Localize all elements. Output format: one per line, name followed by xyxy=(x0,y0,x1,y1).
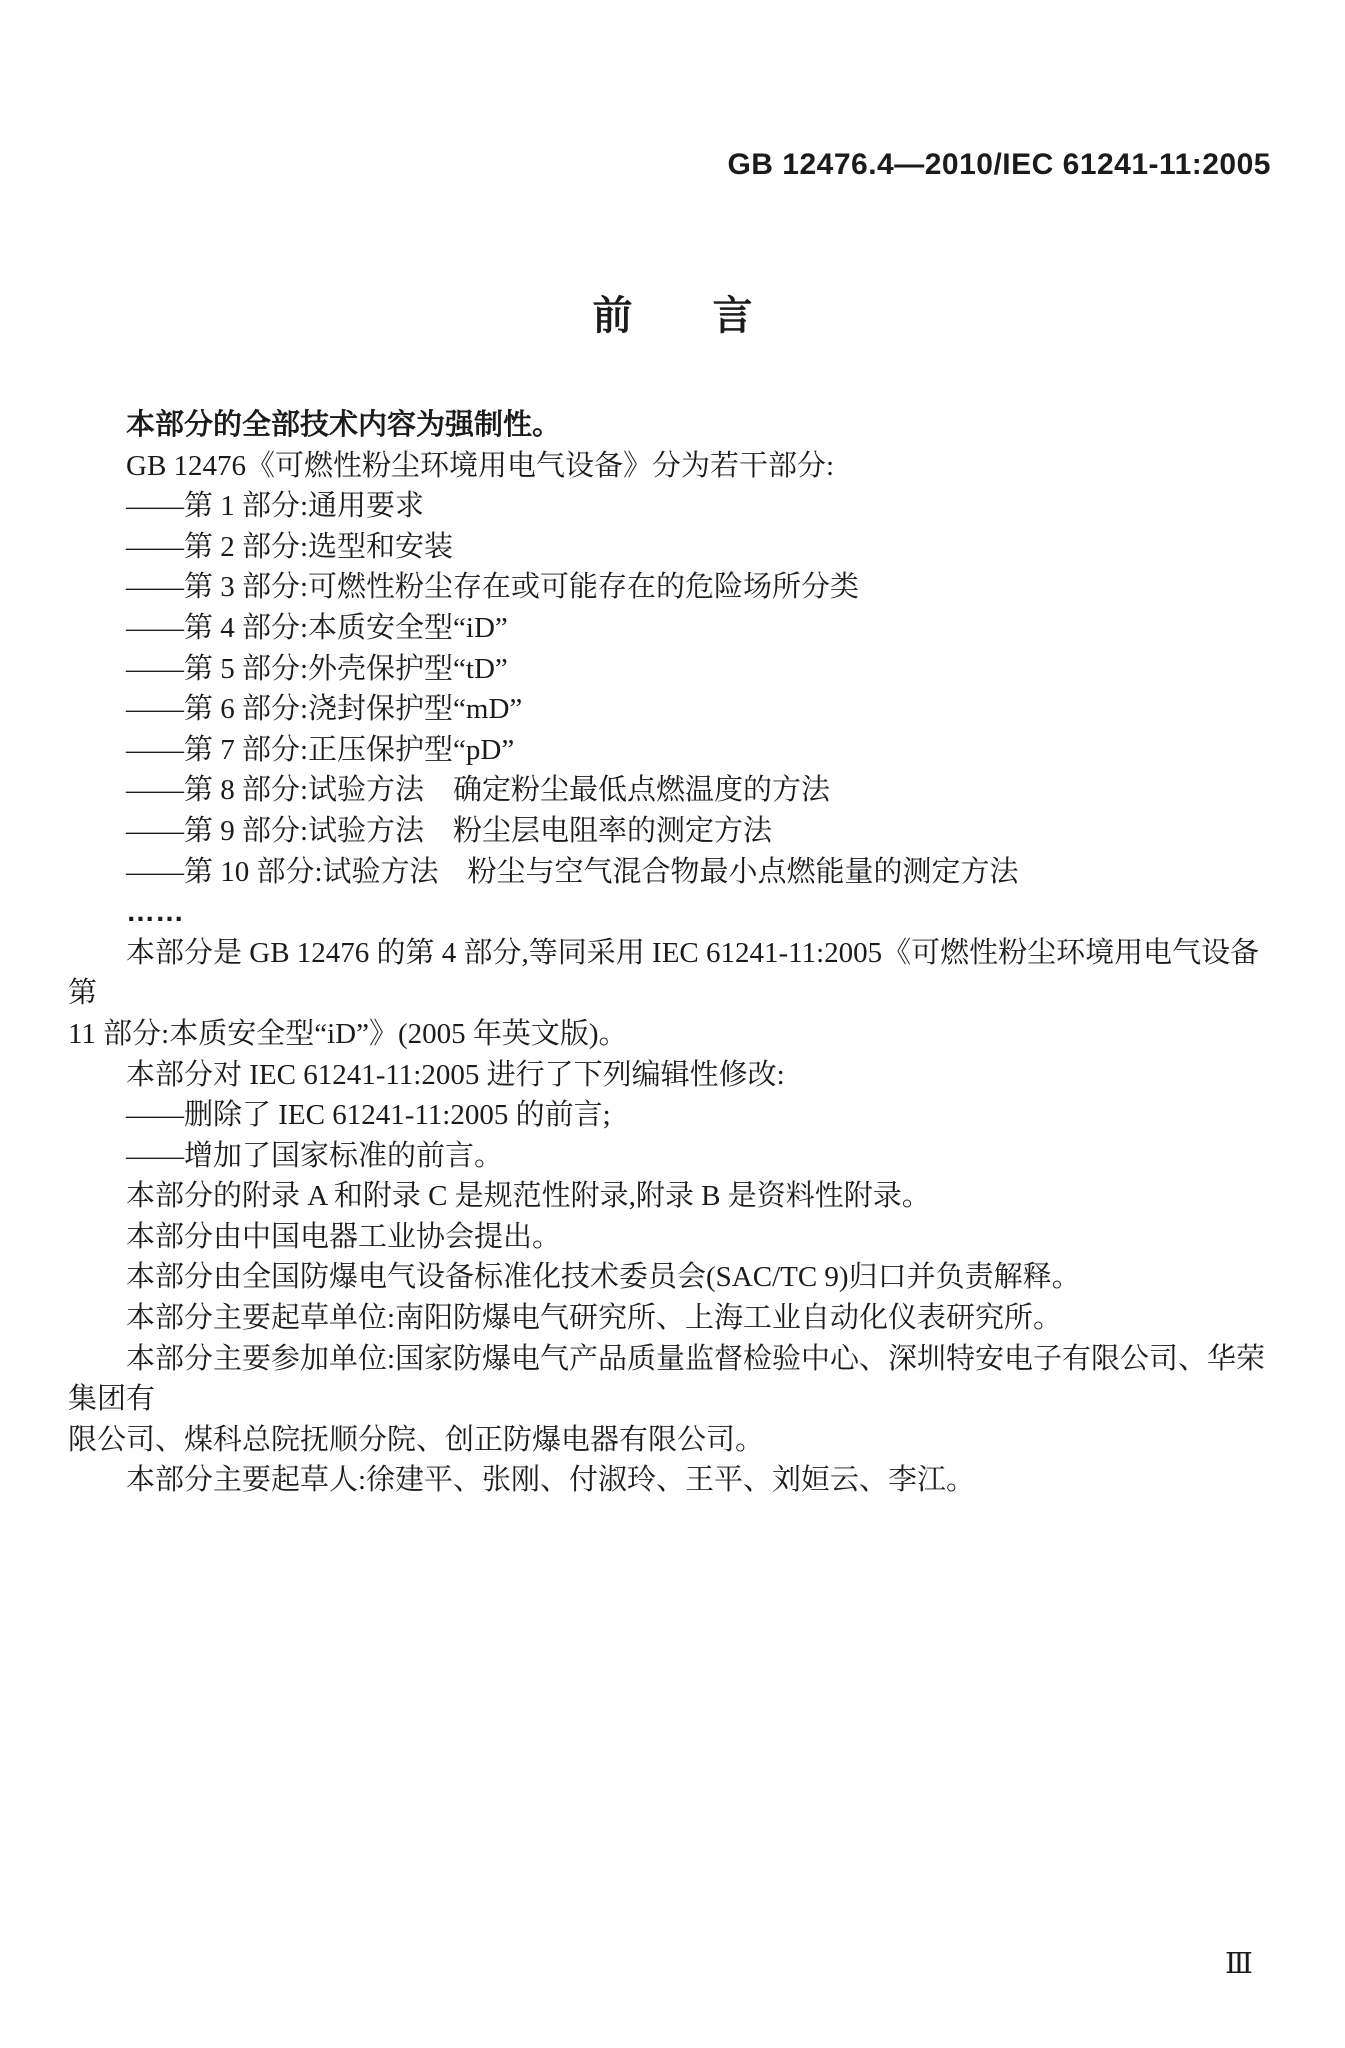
series-part-1-line: ——第 1 部分:通用要求 xyxy=(68,486,1280,527)
series-part-3-line: ——第 3 部分:可燃性粉尘存在或可能存在的危险场所分类 xyxy=(68,567,1280,608)
series-part-9-line: ——第 9 部分:试验方法 粉尘层电阻率的测定方法 xyxy=(68,811,1280,852)
committee-line: 本部分由全国防爆电气设备标准化技术委员会(SAC/TC 9)归口并负责解释。 xyxy=(68,1257,1280,1298)
participating-org-line-2: 限公司、煤科总院抚顺分院、创正防爆电器有限公司。 xyxy=(68,1420,1280,1461)
drafters-line: 本部分主要起草人:徐建平、张刚、付淑玲、王平、刘姮云、李江。 xyxy=(68,1460,1280,1501)
series-part-10-line: ——第 10 部分:试验方法 粉尘与空气混合物最小点燃能量的测定方法 xyxy=(68,852,1280,893)
series-part-4-line: ——第 4 部分:本质安全型“iD” xyxy=(68,608,1280,649)
series-part-6-line: ——第 6 部分:浇封保护型“mD” xyxy=(68,689,1280,730)
document-page: GB 12476.4—2010/IEC 61241-11:2005 前 言 本部… xyxy=(0,0,1345,2048)
change-added-line: ——增加了国家标准的前言。 xyxy=(68,1136,1280,1177)
series-part-7-line: ——第 7 部分:正压保护型“pD” xyxy=(68,730,1280,771)
series-part-2-line: ——第 2 部分:选型和安装 xyxy=(68,527,1280,568)
mandatory-note-line: 本部分的全部技术内容为强制性。 xyxy=(68,405,1280,446)
ellipsis-line: …… xyxy=(68,892,1280,933)
adoption-line-2: 11 部分:本质安全型“iD”》(2005 年英文版)。 xyxy=(68,1014,1280,1055)
series-part-8-line: ——第 8 部分:试验方法 确定粉尘最低点燃温度的方法 xyxy=(68,770,1280,811)
foreword-title: 前 言 xyxy=(0,284,1345,341)
participating-org-line-1: 本部分主要参加单位:国家防爆电气产品质量监督检验中心、深圳特安电子有限公司、华荣… xyxy=(68,1339,1280,1420)
drafting-org-line: 本部分主要起草单位:南阳防爆电气研究所、上海工业自动化仪表研究所。 xyxy=(68,1298,1280,1339)
series-part-5-line: ——第 5 部分:外壳保护型“tD” xyxy=(68,649,1280,690)
series-intro-line: GB 12476《可燃性粉尘环境用电气设备》分为若干部分: xyxy=(68,446,1280,487)
change-deleted-line: ——删除了 IEC 61241-11:2005 的前言; xyxy=(68,1095,1280,1136)
standard-code-header: GB 12476.4—2010/IEC 61241-11:2005 xyxy=(727,148,1271,182)
annex-note-line: 本部分的附录 A 和附录 C 是规范性附录,附录 B 是资料性附录。 xyxy=(68,1176,1280,1217)
editorial-changes-line: 本部分对 IEC 61241-11:2005 进行了下列编辑性修改: xyxy=(68,1055,1280,1096)
foreword-body: 本部分的全部技术内容为强制性。 GB 12476《可燃性粉尘环境用电气设备》分为… xyxy=(68,405,1280,1501)
adoption-line-1: 本部分是 GB 12476 的第 4 部分,等同采用 IEC 61241-11:… xyxy=(68,933,1280,1014)
page-number: Ⅲ xyxy=(1225,1946,1253,1981)
proposer-line: 本部分由中国电器工业协会提出。 xyxy=(68,1217,1280,1258)
